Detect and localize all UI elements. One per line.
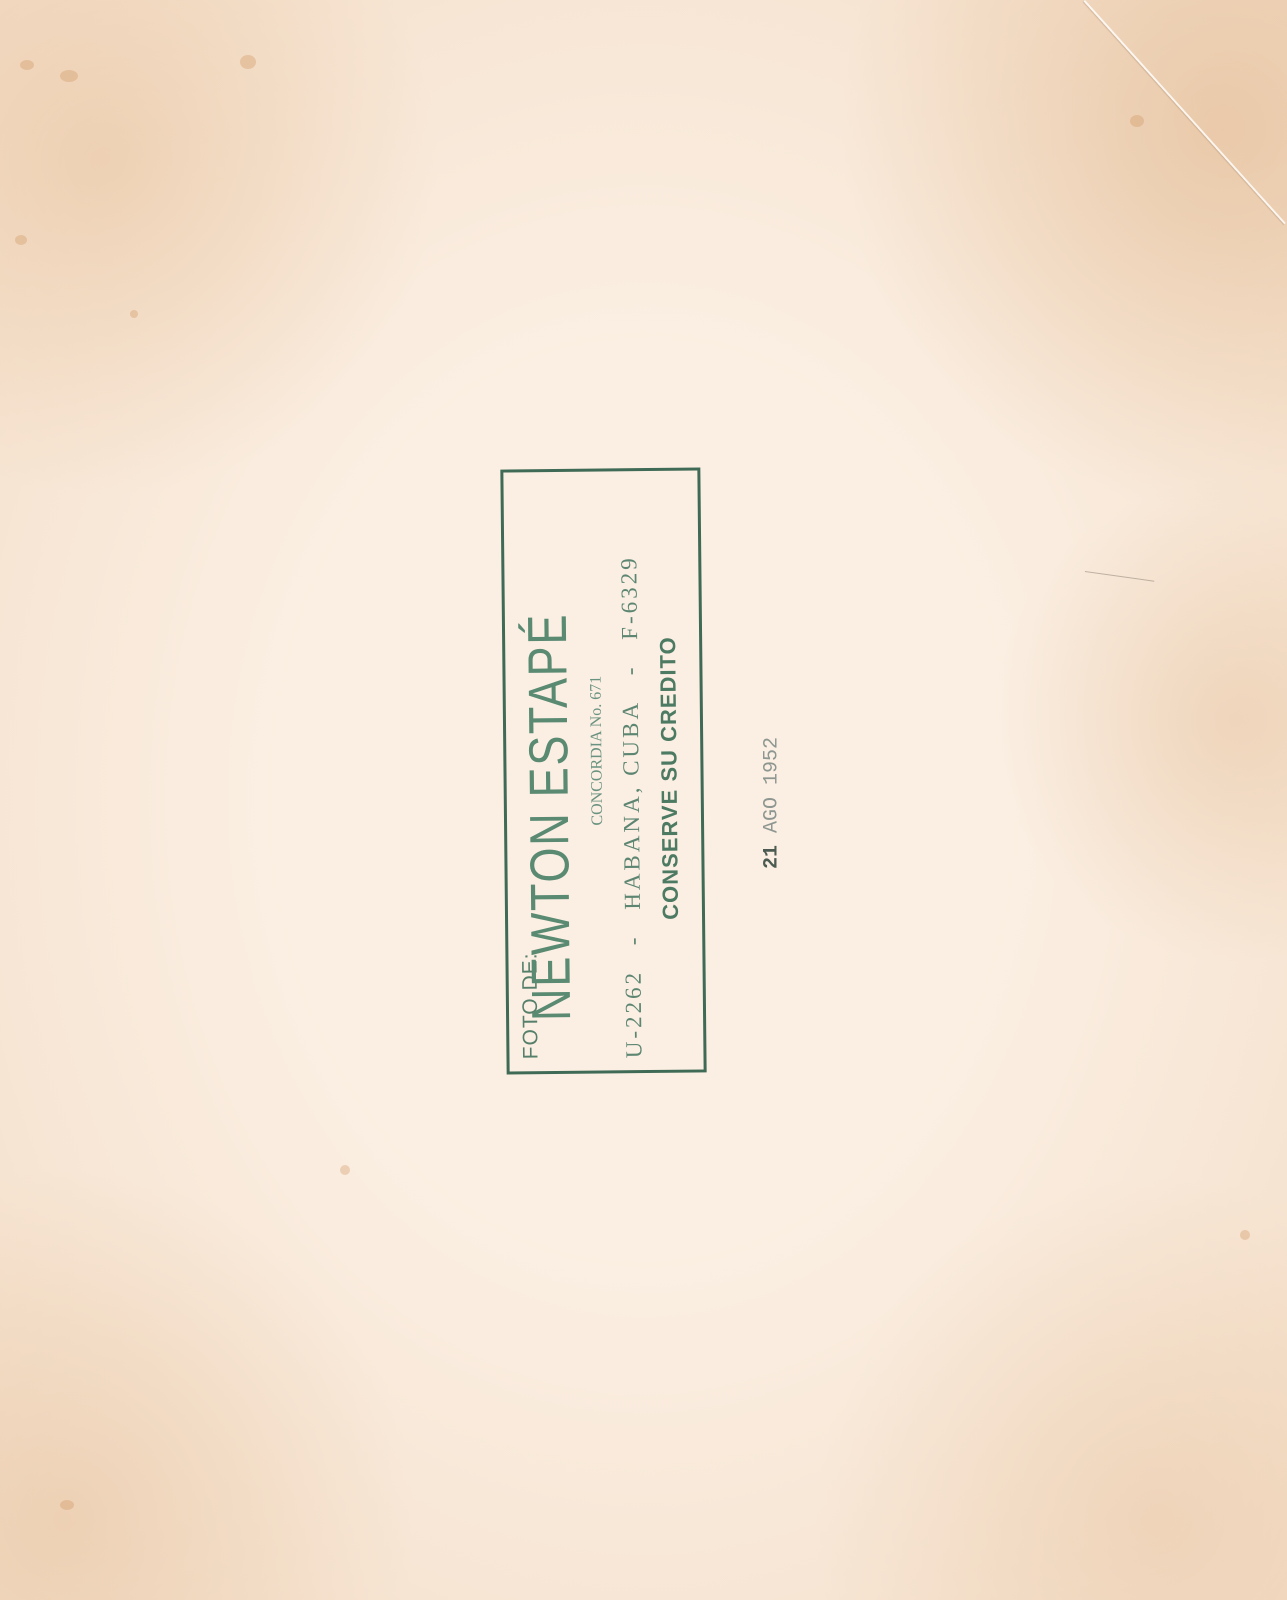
separator: -	[617, 664, 643, 675]
studio-address: CONCORDIA No. 671	[588, 675, 608, 825]
city: HABANA, CUBA	[618, 699, 646, 909]
foxing-spot	[130, 310, 138, 318]
paper-tear	[1085, 571, 1154, 582]
separator: -	[620, 934, 646, 945]
date-stamp: 21 AGO 1952	[761, 715, 791, 890]
date-month: AGO	[761, 797, 784, 833]
foxing-spot	[1240, 1230, 1250, 1240]
date-year: 1952	[761, 736, 784, 784]
foxing-spot	[1130, 115, 1144, 127]
phone-left: U-2262	[621, 969, 648, 1058]
foxing-spot	[20, 60, 34, 70]
paper-crease	[1084, 0, 1286, 224]
foxing-spot	[240, 55, 256, 69]
date-day: 21	[761, 845, 784, 869]
foxing-spot	[15, 235, 27, 245]
photographer-stamp-area: FOTO DE: NEWTON ESTAPÉ CONCORDIA No. 671…	[485, 462, 721, 1079]
foxing-spot	[340, 1165, 350, 1175]
foxing-spot	[60, 70, 78, 82]
photographer-stamp: FOTO DE: NEWTON ESTAPÉ CONCORDIA No. 671…	[500, 467, 706, 1074]
foxing-spot	[60, 1500, 74, 1510]
photographer-name: NEWTON ESTAPÉ	[515, 612, 583, 1021]
date-stamp-area: 21 AGO 1952	[750, 715, 800, 890]
credit-notice: CONSERVE SU CREDITO	[655, 636, 684, 920]
phone-right: F-6329	[616, 555, 643, 640]
photo-back-paper: FOTO DE: NEWTON ESTAPÉ CONCORDIA No. 671…	[0, 0, 1287, 1600]
phone-line: U-2262 - HABANA, CUBA - F-6329	[615, 481, 647, 1058]
